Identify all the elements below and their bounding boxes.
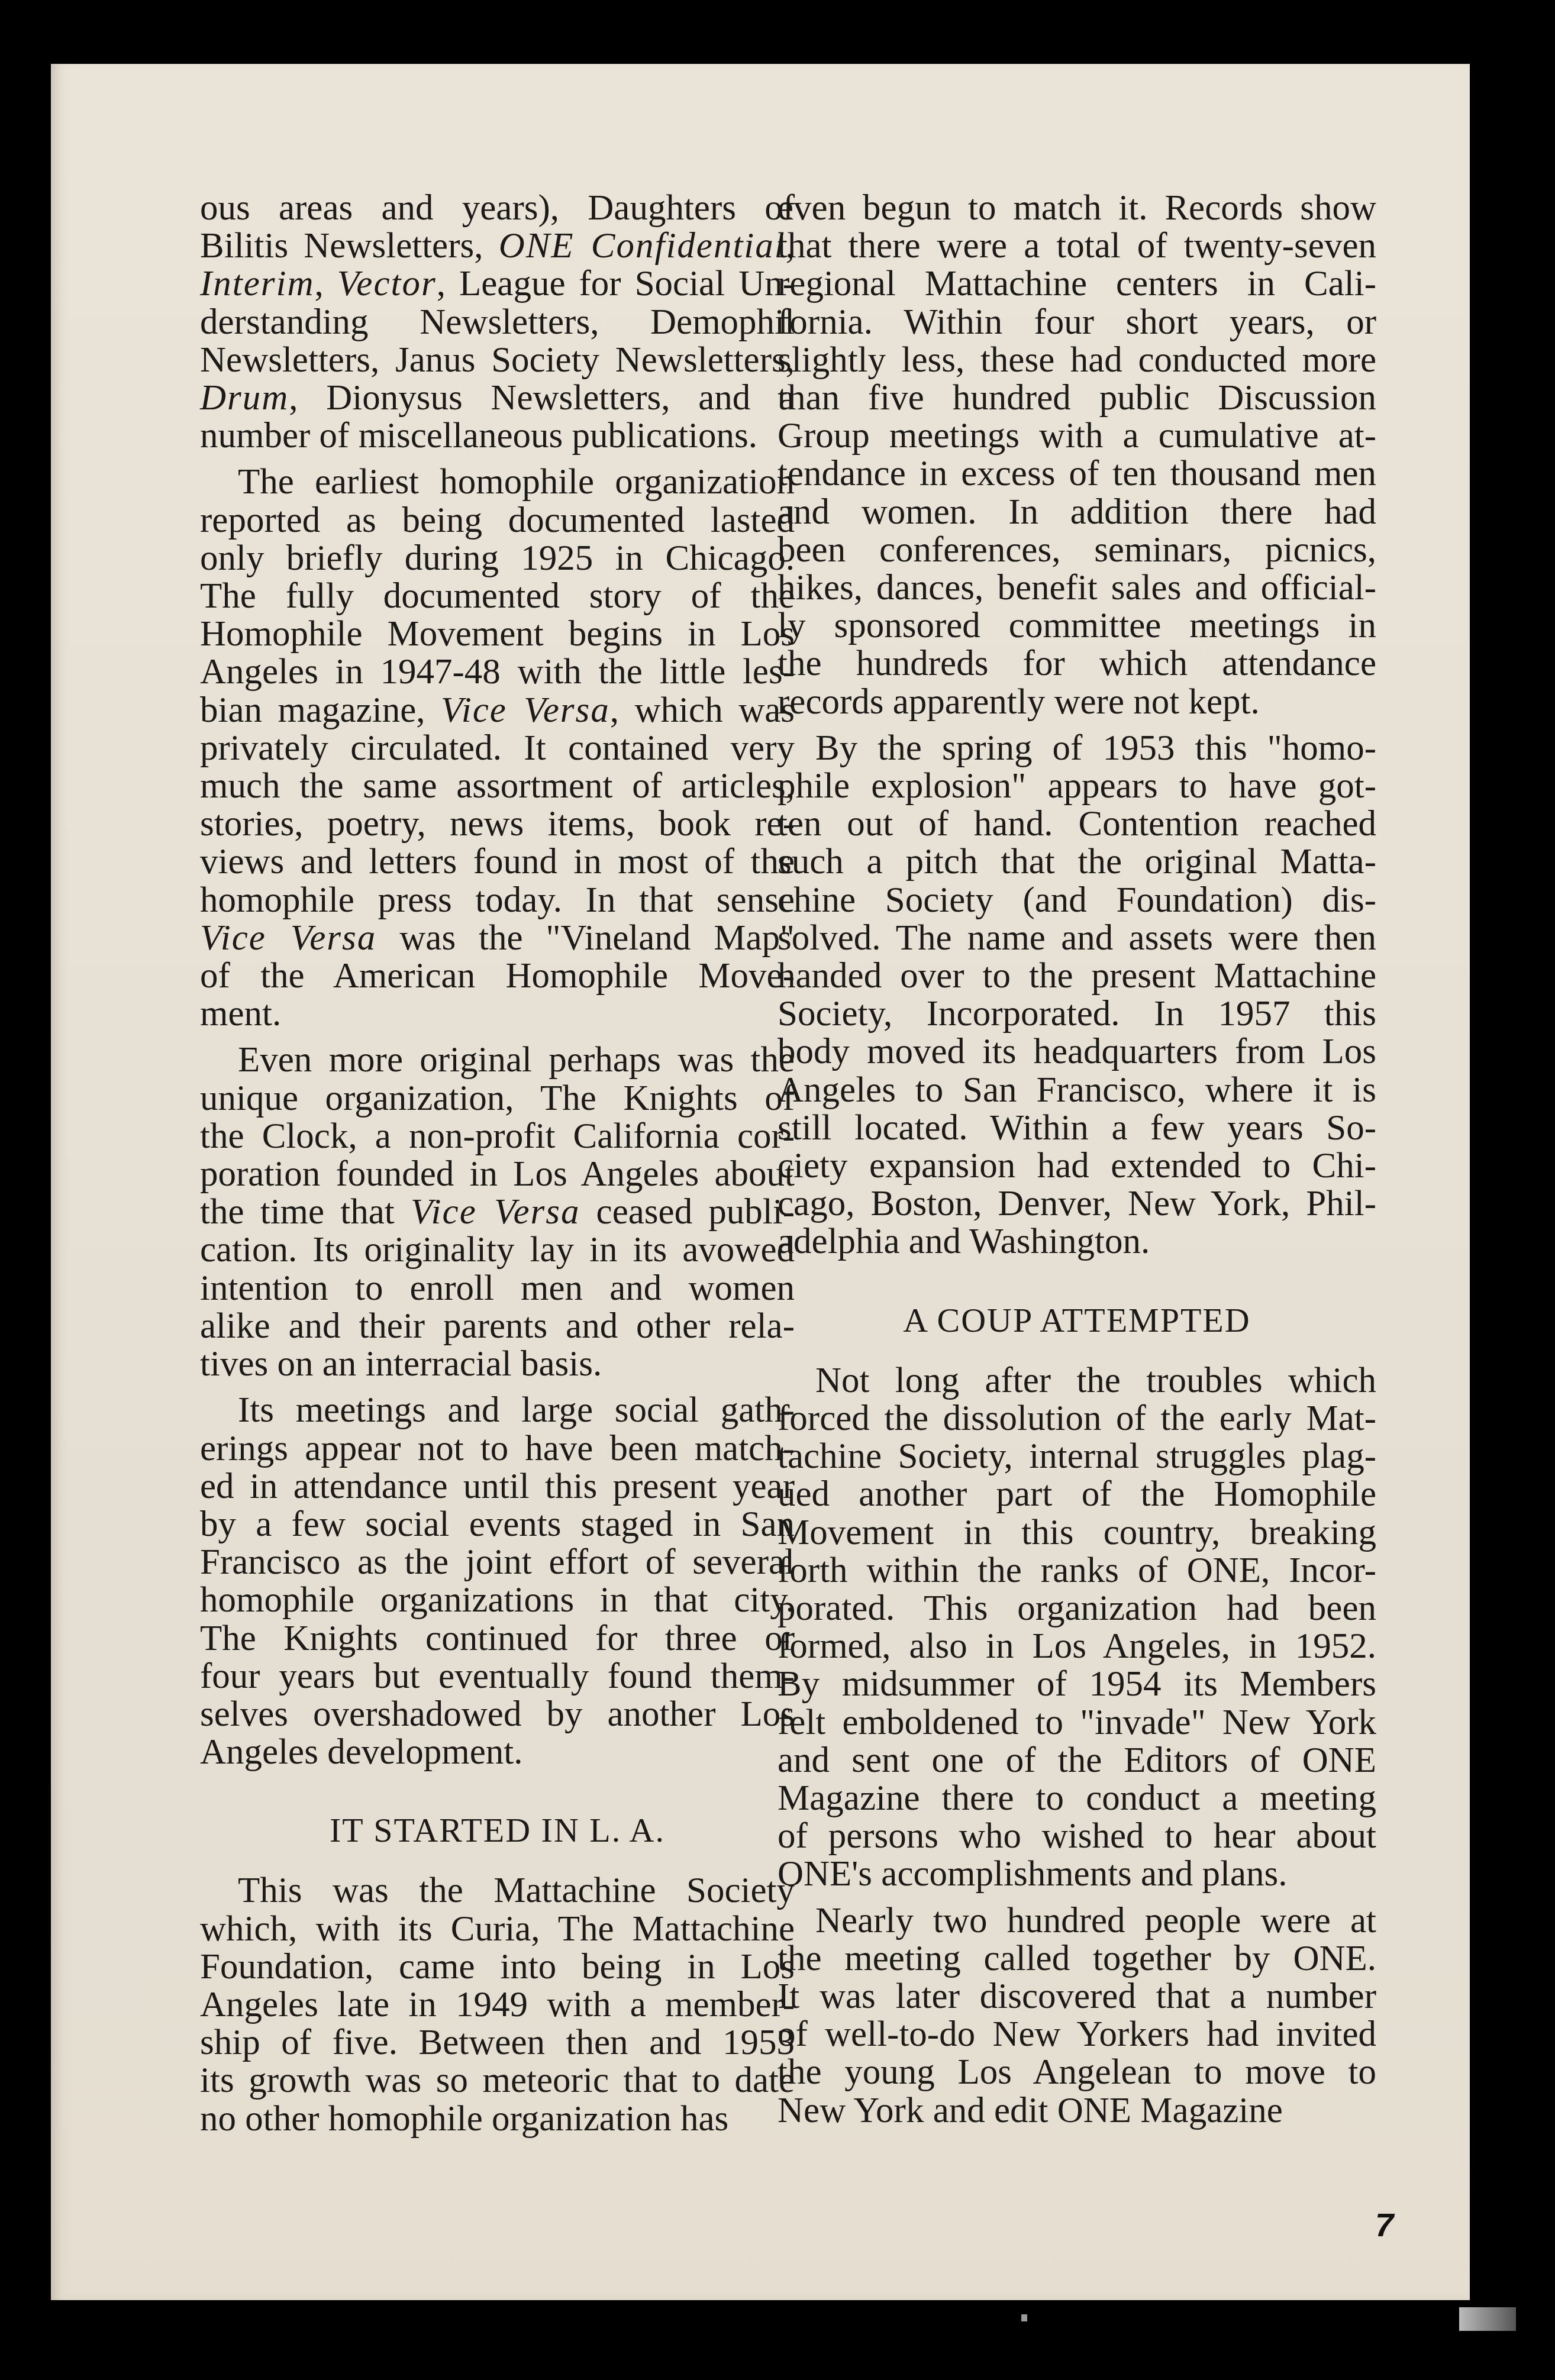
text-line: formed, also in Los Angeles, in 1952.	[777, 1627, 1376, 1665]
text-line: felt emboldened to "invade" New York	[777, 1704, 1376, 1742]
text-line: Its meetings and large social gath-	[200, 1391, 795, 1429]
text-line: of persons who wished to hear about	[777, 1817, 1376, 1855]
text-line: tendance in excess of ten thousand men	[777, 455, 1376, 493]
paragraph: Not long after the troubles whichforced …	[777, 1362, 1376, 1894]
paragraph: The earliest homophile organizationrepor…	[200, 463, 795, 1033]
text-line: Foundation, came into being in Los	[200, 1948, 795, 1986]
document-page: ous areas and years), Daughters ofBiliti…	[51, 64, 1470, 2300]
text-line: ued another part of the Homophile	[777, 1475, 1376, 1513]
text-line: By the spring of 1953 this "homo-	[777, 729, 1376, 767]
section-heading: A COUP ATTEMPTED	[777, 1302, 1376, 1339]
left-column: ous areas and years), Daughters ofBiliti…	[200, 189, 795, 2146]
text-line: Angeles late in 1949 with a member-	[200, 1986, 795, 2024]
text-line: The Knights continued for three or	[200, 1620, 795, 1658]
text-line: chine Society (and Foundation) dis-	[777, 881, 1376, 919]
text-line: Newsletters, Janus Society Newsletters,	[200, 341, 795, 379]
text-line: selves overshadowed by another Los	[200, 1696, 795, 1733]
text-line: no other homophile organization has	[200, 2100, 795, 2138]
text-line: ten out of hand. Contention reached	[777, 805, 1376, 843]
text-line: handed over to the present Mattachine	[777, 957, 1376, 995]
text-line: the hundreds for which attendance	[777, 645, 1376, 683]
text-line: Francisco as the joint effort of several	[200, 1543, 795, 1581]
text-line: stories, poetry, news items, book re-	[200, 805, 795, 843]
paragraph: This was the Mattachine Societywhich, wi…	[200, 1872, 795, 2137]
text-line: The earliest homophile organization	[200, 463, 795, 501]
text-line: that there were a total of twenty-seven	[777, 227, 1376, 265]
text-line: by a few social events staged in San	[200, 1506, 795, 1543]
paragraph: Its meetings and large social gath-ering…	[200, 1391, 795, 1771]
text-line: the young Los Angelean to move to	[777, 2053, 1376, 2091]
text-line: four years but eventually found them-	[200, 1658, 795, 1696]
text-line: ly sponsored committee meetings in	[777, 607, 1376, 645]
text-line: which, with its Curia, The Mattachine	[200, 1910, 795, 1948]
text-line: Group meetings with a cumulative at-	[777, 417, 1376, 455]
text-line: ONE's accomplishments and plans.	[777, 1855, 1376, 1893]
text-line: phile explosion" appears to have got-	[777, 767, 1376, 805]
text-line: Society, Incorporated. In 1957 this	[777, 995, 1376, 1033]
text-line: The fully documented story of the	[200, 577, 795, 615]
text-line: adelphia and Washington.	[777, 1223, 1376, 1261]
text-line: still located. Within a few years So-	[777, 1109, 1376, 1147]
page-number: 7	[1375, 2205, 1393, 2244]
text-line: tives on an interracial basis.	[200, 1345, 795, 1383]
text-line: unique organization, The Knights of	[200, 1080, 795, 1118]
text-line: This was the Mattachine Society	[200, 1872, 795, 1910]
right-column: even begun to match it. Records showthat…	[777, 189, 1376, 2138]
text-line: Vice Versa was the "Vineland Map"	[200, 919, 795, 957]
text-line: Angeles to San Francisco, where it is	[777, 1071, 1376, 1109]
text-line: the meeting called together by ONE.	[777, 1940, 1376, 1978]
text-line: ciety expansion had extended to Chi-	[777, 1147, 1376, 1185]
text-line: derstanding Newsletters, Demophil	[200, 303, 795, 341]
paragraph: Nearly two hundred people were atthe mee…	[777, 1902, 1376, 2130]
scan-artifact	[1021, 2314, 1027, 2321]
text-line: erings appear not to have been match-	[200, 1430, 795, 1468]
text-line: Movement in this country, breaking	[777, 1514, 1376, 1552]
text-line: ment.	[200, 995, 795, 1033]
text-line: forth within the ranks of ONE, Incor-	[777, 1552, 1376, 1590]
text-line: Even more original perhaps was the	[200, 1041, 795, 1079]
text-line: such a pitch that the original Matta-	[777, 843, 1376, 881]
text-line: ous areas and years), Daughters of	[200, 189, 795, 227]
text-line: Interim, Vector, League for Social Un-	[200, 265, 795, 303]
text-line: only briefly during 1925 in Chicago.	[200, 540, 795, 577]
text-line: homophile press today. In that sense	[200, 881, 795, 919]
text-line: cation. Its originality lay in its avowe…	[200, 1231, 795, 1269]
text-line: and sent one of the Editors of ONE	[777, 1742, 1376, 1780]
text-line: intention to enroll men and women	[200, 1270, 795, 1307]
text-line: alike and their parents and other rela-	[200, 1307, 795, 1345]
text-line: slightly less, these had conducted more	[777, 341, 1376, 379]
text-line: of the American Homophile Move-	[200, 957, 795, 995]
text-line: It was later discovered that a number	[777, 1978, 1376, 2016]
text-line: body moved its headquarters from Los	[777, 1033, 1376, 1071]
text-line: poration founded in Los Angeles about	[200, 1155, 795, 1193]
paragraph: Even more original perhaps was theunique…	[200, 1041, 795, 1383]
scan-artifact	[1459, 2307, 1516, 2331]
text-line: cago, Boston, Denver, New York, Phil-	[777, 1185, 1376, 1223]
text-line: solved. The name and assets were then	[777, 919, 1376, 957]
text-line: homophile organizations in that city.	[200, 1581, 795, 1619]
text-line: tachine Society, internal struggles plag…	[777, 1438, 1376, 1475]
text-line: bian magazine, Vice Versa, which was	[200, 692, 795, 729]
text-line: porated. This organization had been	[777, 1590, 1376, 1627]
text-line: forced the dissolution of the early Mat-	[777, 1400, 1376, 1438]
text-line: privately circulated. It contained very	[200, 729, 795, 767]
text-line: reported as being documented lasted	[200, 502, 795, 540]
text-line: even begun to match it. Records show	[777, 189, 1376, 227]
text-line: Not long after the troubles which	[777, 1362, 1376, 1400]
text-line: New York and edit ONE Magazine	[777, 2092, 1376, 2130]
paragraph: ous areas and years), Daughters ofBiliti…	[200, 189, 795, 455]
text-line: hikes, dances, benefit sales and officia…	[777, 569, 1376, 607]
text-line: Drum, Dionysus Newsletters, and a	[200, 379, 795, 417]
text-line: Magazine there to conduct a meeting	[777, 1780, 1376, 1817]
section-heading: IT STARTED IN L. A.	[200, 1811, 795, 1849]
text-line: and women. In addition there had	[777, 493, 1376, 531]
text-line: number of miscellaneous publications.	[200, 417, 795, 455]
text-line: fornia. Within four short years, or	[777, 303, 1376, 341]
paragraph: even begun to match it. Records showthat…	[777, 189, 1376, 721]
paragraph: By the spring of 1953 this "homo-phile e…	[777, 729, 1376, 1261]
text-line: records apparently were not kept.	[777, 683, 1376, 721]
text-line: been conferences, seminars, picnics,	[777, 531, 1376, 569]
text-line: ed in attendance until this present year	[200, 1468, 795, 1506]
text-line: By midsummer of 1954 its Members	[777, 1665, 1376, 1703]
text-line: Angeles in 1947-48 with the little les-	[200, 653, 795, 691]
text-line: the time that Vice Versa ceased publi-	[200, 1193, 795, 1231]
text-line: Bilitis Newsletters, ONE Confidential,	[200, 227, 795, 265]
text-line: of well-to-do New Yorkers had invited	[777, 2016, 1376, 2053]
text-line: Nearly two hundred people were at	[777, 1902, 1376, 1940]
text-line: the Clock, a non-profit California cor-	[200, 1118, 795, 1155]
text-line: ship of five. Between then and 1953	[200, 2024, 795, 2062]
text-line: views and letters found in most of the	[200, 843, 795, 881]
text-line: than five hundred public Discussion	[777, 379, 1376, 417]
text-line: much the same assortment of articles,	[200, 767, 795, 805]
text-line: Angeles development.	[200, 1733, 795, 1771]
text-line: regional Mattachine centers in Cali-	[777, 265, 1376, 303]
text-line: its growth was so meteoric that to date	[200, 2062, 795, 2100]
text-line: Homophile Movement begins in Los	[200, 615, 795, 653]
